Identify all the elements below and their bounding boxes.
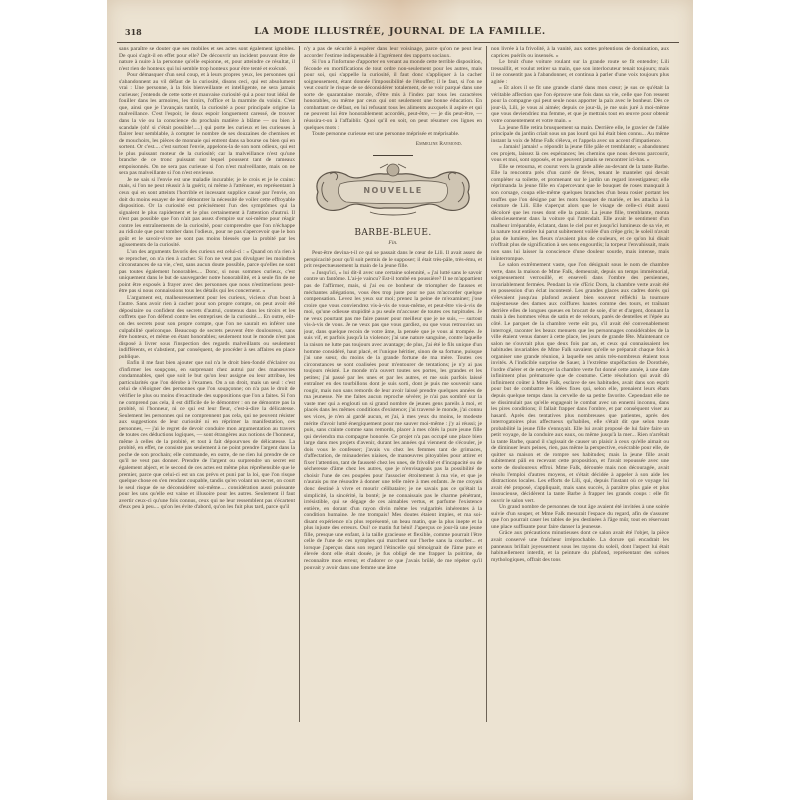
paragraph: Si l'on a l'infortune d'apporter en vena… — [304, 59, 482, 131]
newspaper-page: 318 LA MODE ILLUSTRÉE, JOURNAL DE LA FAM… — [107, 0, 693, 800]
paragraph: Le bruit d'une voiture roulant sur la gr… — [491, 59, 669, 85]
bottom-margin — [107, 730, 693, 800]
nouvelle-ornament: NOUVELLE — [310, 162, 476, 220]
paragraph: Grâce aux précautions minutieuses dont c… — [491, 530, 669, 563]
paragraph: Je ne sais si l'envie est une maladie in… — [119, 177, 295, 249]
column-3: non livrée à la frivolité, à la vanité, … — [491, 46, 669, 726]
paragraph: Peut-être devina-t-il ce qui se passait … — [304, 250, 482, 270]
paragraph: non livrée à la frivolité, à la vanité, … — [491, 46, 669, 59]
paragraph: « Et alors il se fit une grande clarté d… — [491, 85, 669, 124]
paragraph: n'y a pas de sécurité à espérer dans leu… — [304, 46, 482, 59]
story-subtitle: Fin. — [304, 240, 482, 247]
story-title: BARBE-BLEUE. — [304, 230, 482, 237]
paragraph: L'argument est, malheureusement pour les… — [119, 295, 295, 360]
paragraph: La jeune fille retira brusquement sa mai… — [491, 125, 669, 145]
header-rule — [117, 42, 679, 43]
paragraph: « Jamais! jamais! » répondit la jeune fi… — [491, 144, 669, 164]
section-divider — [373, 155, 413, 156]
paragraph: Le salon extrêmement vaste, que l'on dés… — [491, 262, 669, 504]
column-divider — [486, 46, 487, 722]
page-header: 318 LA MODE ILLUSTRÉE, JOURNAL DE LA FAM… — [117, 24, 683, 40]
ornament-label: NOUVELLE — [310, 188, 476, 195]
paragraph: L'un des arguments favoris des curieux e… — [119, 249, 295, 295]
paragraph: « Jusqu'ici, » lui dit-il avec une certa… — [304, 270, 482, 571]
paragraph: Toute personne curieuse est une personne… — [304, 131, 482, 138]
paragraph: Pour démasquer d'un seul coup, et à leur… — [119, 72, 295, 177]
column-2: n'y a pas de sécurité à espérer dans leu… — [304, 46, 482, 726]
author-signature: Emmeline Raymond. — [304, 141, 482, 148]
paragraph: Enfin il me faut bien ajouter que nul n'… — [119, 360, 295, 511]
paragraph: sans paraître se douter que ses mobiles … — [119, 46, 295, 72]
journal-title: LA MODE ILLUSTRÉE, JOURNAL DE LA FAMILLE… — [117, 26, 683, 37]
paragraph: Un grand nombre de personnes de tout âge… — [491, 504, 669, 530]
paragraph: Elle se retourna, et courut vers la gran… — [491, 164, 669, 262]
column-1: sans paraître se douter que ses mobiles … — [119, 46, 295, 726]
column-divider — [299, 46, 300, 722]
